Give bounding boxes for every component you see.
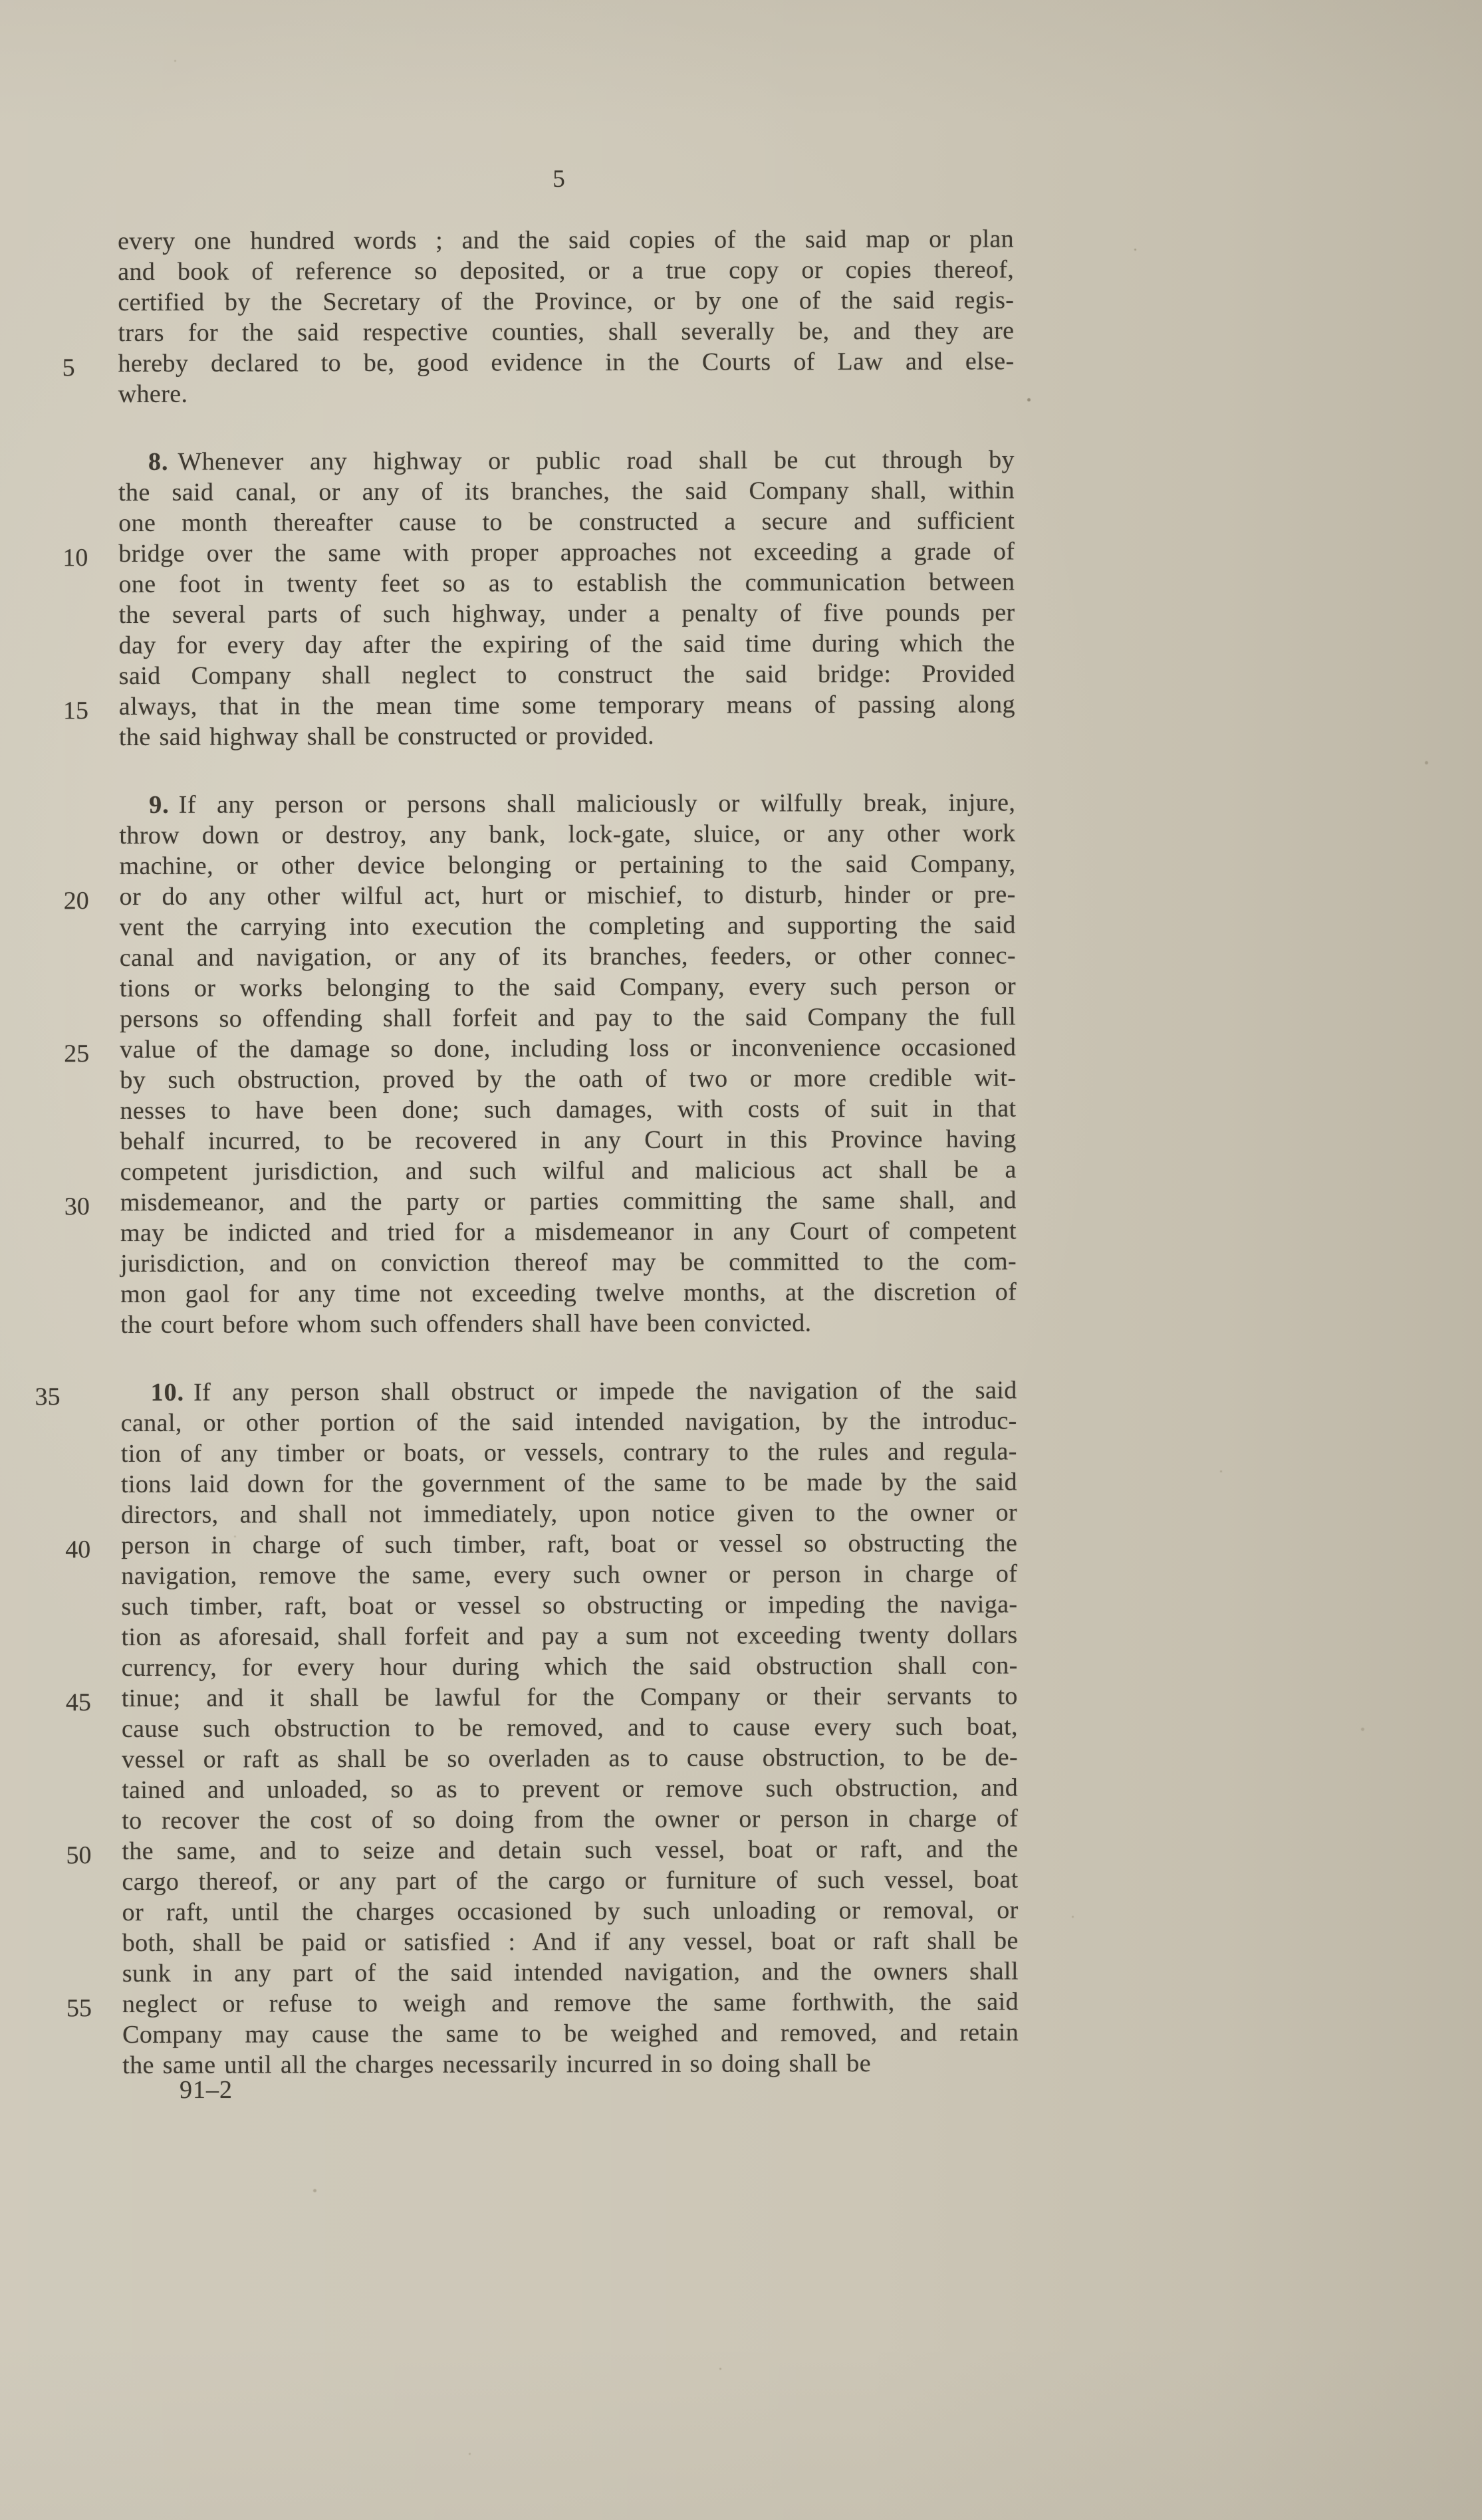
- line-number: 30: [64, 1191, 106, 1222]
- text-line: one month thereafter cause to be constru…: [118, 505, 1015, 538]
- text-line: 10bridge over the same with proper appro…: [118, 536, 1015, 569]
- text-line: cause such obstruction to be removed, an…: [122, 1711, 1018, 1744]
- text-line: tion of any timber or boats, or vessels,…: [121, 1436, 1017, 1469]
- section-number: 9.: [149, 791, 170, 819]
- text-line: nesses to have been done; such damages, …: [120, 1093, 1016, 1126]
- text-line: 55neglect or refuse to weigh and remove …: [122, 1986, 1019, 2019]
- line-number: 55: [66, 1993, 108, 2023]
- text-line: 30misdemeanor, and the party or parties …: [120, 1185, 1017, 1218]
- text-line: trars for the said respective counties, …: [118, 315, 1014, 348]
- text-line: tions laid down for the government of th…: [121, 1466, 1017, 1500]
- paragraph: 9.If any person or persons shall malicio…: [119, 787, 1017, 1340]
- text-line: navigation, remove the same, every such …: [121, 1558, 1017, 1591]
- line-number: 40: [65, 1534, 106, 1565]
- line-number: 5: [62, 352, 103, 383]
- text-line: directors, and shall not immediately, up…: [121, 1497, 1017, 1530]
- text-line: Company may cause the same to be weighed…: [122, 2017, 1019, 2050]
- text-line: tion as aforesaid, shall forfeit and pay…: [121, 1619, 1017, 1653]
- paragraph: 3510.If any person shall obstruct or imp…: [121, 1375, 1019, 2081]
- text-line: 20or do any other wilful act, hurt or mi…: [120, 879, 1016, 912]
- text-line: and book of reference so deposited, or a…: [118, 254, 1014, 287]
- line-number: 10: [62, 542, 104, 573]
- text-line: 45tinue; and it shall be lawful for the …: [122, 1680, 1018, 1714]
- line-number: 25: [64, 1038, 105, 1069]
- text-line: the said highway shall be constructed or…: [119, 719, 1015, 752]
- document-page: 5 every one hundred words ; and the said…: [0, 0, 1482, 2520]
- text-line: such timber, raft, boat or vessel so obs…: [121, 1589, 1017, 1622]
- text-line: competent jurisdiction, and such wilful …: [120, 1154, 1017, 1187]
- text-line: to recover the cost of so doing from the…: [122, 1803, 1018, 1836]
- section-number: 8.: [148, 448, 169, 476]
- paragraph: every one hundred words ; and the said c…: [118, 223, 1015, 409]
- text-line: tained and unloaded, so as to prevent or…: [122, 1772, 1018, 1805]
- text-line: machine, or other device belonging or pe…: [119, 848, 1015, 881]
- text-line: the same until all the charges necessari…: [122, 2047, 1019, 2081]
- text-line: tions or works belonging to the said Com…: [120, 971, 1016, 1004]
- text-line: 25value of the damage so done, including…: [120, 1032, 1016, 1065]
- text-line: every one hundred words ; and the said c…: [118, 223, 1014, 257]
- line-number: 50: [66, 1840, 107, 1871]
- paper-texture: [0, 0, 2, 2]
- text-line: or raft, until the charges occasioned by…: [122, 1894, 1019, 1928]
- text-line: said Company shall neglect to construct …: [119, 658, 1015, 691]
- text-line: may be indicted and tried for a misdemea…: [120, 1215, 1017, 1248]
- section-number: 10.: [151, 1379, 185, 1407]
- text-line: sunk in any part of the said intended na…: [122, 1956, 1019, 1989]
- text-line: by such obstruction, proved by the oath …: [120, 1062, 1016, 1095]
- text-line: one foot in twenty feet so as to establi…: [118, 566, 1015, 600]
- text-line: mon gaol for any time not exceeding twel…: [120, 1276, 1017, 1310]
- text-line: canal, or other portion of the said inte…: [121, 1405, 1017, 1438]
- text-line: 5hereby declared to be, good evidence in…: [118, 346, 1014, 379]
- text-line: 9.If any person or persons shall malicio…: [119, 787, 1015, 820]
- text-line: 15always, that in the mean time some tem…: [119, 689, 1015, 722]
- body-text: every one hundred words ; and the said c…: [118, 223, 1019, 2081]
- text-line: persons so offending shall forfeit and p…: [120, 1001, 1016, 1034]
- line-number: 15: [63, 695, 104, 726]
- text-line: 40person in charge of such timber, raft,…: [121, 1528, 1017, 1561]
- text-line: currency, for every hour during which th…: [122, 1650, 1018, 1683]
- text-line: the said canal, or any of its branches, …: [118, 475, 1015, 508]
- text-line: the several parts of such highway, under…: [118, 597, 1015, 630]
- text-line: throw down or destroy, any bank, lock-ga…: [119, 818, 1015, 851]
- text-line: 8.Whenever any highway or public road sh…: [118, 444, 1015, 477]
- text-line: 50the same, and to seize and detain such…: [122, 1833, 1018, 1867]
- line-number: 20: [64, 885, 105, 916]
- signature-mark: 91–2: [180, 2075, 233, 2105]
- text-line: where.: [118, 376, 1015, 409]
- text-line: certified by the Secretary of the Provin…: [118, 285, 1014, 318]
- text-line: vessel or raft as shall be so overladen …: [122, 1742, 1018, 1775]
- text-line: cargo thereof, or any part of the cargo …: [122, 1864, 1018, 1897]
- text-line: jurisdiction, and on conviction thereof …: [120, 1246, 1017, 1279]
- text-line: vent the carrying into execution the com…: [120, 909, 1016, 943]
- page-number: 5: [553, 166, 566, 193]
- text-line: canal and navigation, or any of its bran…: [120, 940, 1016, 973]
- text-line: behalf incurred, to be recovered in any …: [120, 1123, 1017, 1157]
- paragraph: 8.Whenever any highway or public road sh…: [118, 444, 1015, 752]
- line-number: 45: [66, 1687, 107, 1718]
- text-line: day for every day after the expiring of …: [119, 628, 1015, 661]
- text-line: the court before whom such offenders sha…: [120, 1307, 1017, 1340]
- text-line: both, shall be paid or satisfied : And i…: [122, 1925, 1019, 1958]
- line-number: 35: [35, 1381, 76, 1412]
- text-line: 3510.If any person shall obstruct or imp…: [121, 1375, 1017, 1408]
